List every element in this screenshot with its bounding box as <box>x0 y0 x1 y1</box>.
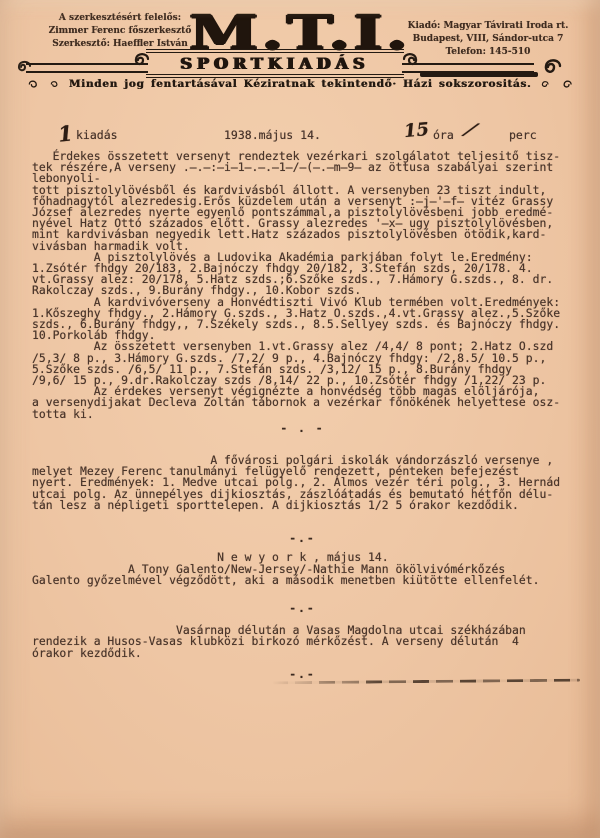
scroll-ornament-icon <box>12 58 32 74</box>
document-page: A szerkesztésért felelős: Zimmer Ferenc … <box>0 0 600 838</box>
paragraph: A fővárosi polgári iskolák vándorzászló … <box>32 455 573 511</box>
separator-mark: -.- <box>32 533 573 544</box>
publisher-info: Kiadó: Magyar Távirati Iroda rt. Budapes… <box>398 20 578 59</box>
separator-mark: - . - <box>32 423 573 434</box>
scroll-ornament-icon <box>128 50 150 68</box>
scroll-ornament-icon <box>28 77 44 91</box>
scroll-ornament-icon <box>50 78 62 90</box>
publisher-info-line2: Budapest, VIII, Sándor-utca 7 <box>398 33 578 46</box>
separator-mark: -.- <box>32 669 573 680</box>
editor-info: A szerkesztésért felelős: Zimmer Ferenc … <box>36 12 204 51</box>
paragraph: N e w y o r k , május 14. A Tony Galento… <box>32 552 573 586</box>
rights-banner: Minden jog fentartásával Kéziratnak teki… <box>28 75 572 93</box>
scroll-ornament-icon <box>537 78 549 90</box>
paragraph: Az érdekes versenyt végignézte a honvéds… <box>32 386 573 420</box>
edition-date: 1938.május 14. <box>224 128 321 142</box>
editor-info-line1: A szerkesztésért felelős: <box>36 12 204 25</box>
separator-mark: -.- <box>32 603 573 614</box>
minute-label: perc <box>509 128 537 142</box>
sportkiadas-label: SPORTKIADÁS <box>180 54 369 73</box>
paragraph: A pisztolylövés a Ludovika Akadémia park… <box>32 252 573 297</box>
rights-banner-text: Minden jog fentartásával Kéziratnak teki… <box>69 78 532 90</box>
body-text: Érdekes összetett versenyt rendeztek vez… <box>32 151 573 680</box>
scroll-ornament-icon <box>556 77 572 91</box>
paragraph: Az összetett versenyben 1.vt.Grassy alez… <box>32 341 573 386</box>
paragraph: Vasárnap délután a Vasas Magdolna utcai … <box>32 625 573 659</box>
paragraph: A kardvivóverseny a Honvédtiszti Vivó Kl… <box>32 297 573 342</box>
sportkiadas-banner: SPORTKIADÁS <box>146 49 404 78</box>
hour-label: óra <box>433 128 454 142</box>
scroll-ornament-icon <box>536 56 562 76</box>
paragraph: Érdekes összetett versenyt rendeztek vez… <box>32 151 573 252</box>
edition-line: 1 kiadás 1938.május 14. 15 óra ⁄ perc <box>32 124 572 146</box>
edition-label: kiadás <box>76 128 118 142</box>
handwritten-tick: ⁄ <box>467 120 474 142</box>
editor-info-line2: Zimmer Ferenc főszerkesztő <box>36 25 204 38</box>
handwritten-edition-number: 1 <box>57 120 74 146</box>
publisher-info-line1: Kiadó: Magyar Távirati Iroda rt. <box>398 20 578 33</box>
handwritten-hour: 15 <box>403 119 430 142</box>
